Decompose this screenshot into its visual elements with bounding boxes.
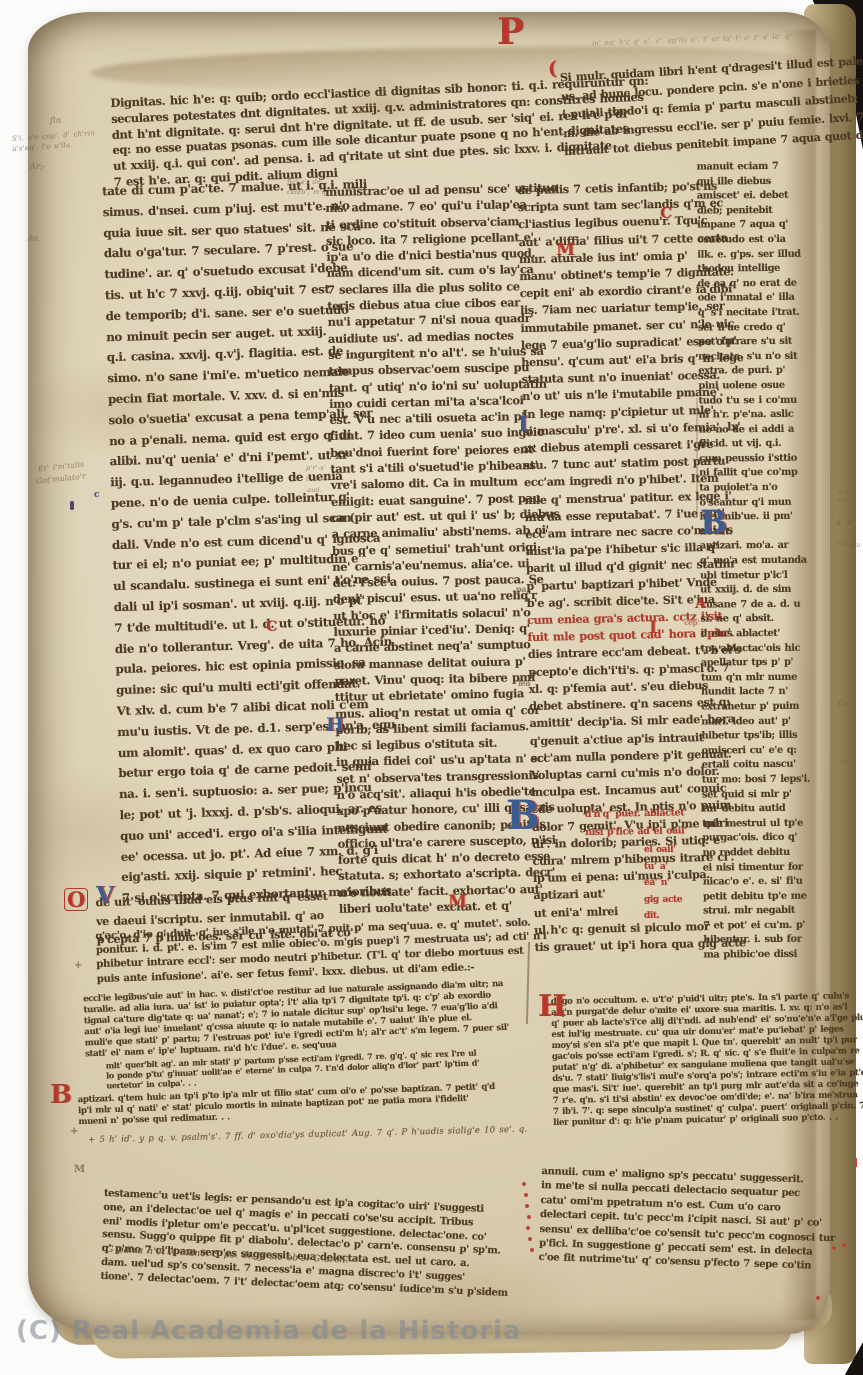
ruling-line <box>696 398 698 518</box>
manuscript-line: purgac'ois. dico q' <box>702 831 826 847</box>
manuscript-line: tur mo: bosi 7 leps'i. <box>702 772 826 788</box>
manuscript-line: ubi timetur p'ic'l <box>700 568 824 584</box>
plus-mark-2: + <box>70 1126 78 1137</box>
rubric-initial-i-red: I <box>649 620 657 637</box>
manuscript-line: osuetudo est o'ia <box>697 232 821 248</box>
manuscript-line: manuit eciam 7 <box>697 159 821 175</box>
manuscript-line: dit. <box>644 908 708 925</box>
rubric-initial-v: V <box>96 884 114 907</box>
manuscript-line: si. ne q' absit. <box>700 612 824 628</box>
manuscript-line: flicid. ut vij. q.i. <box>699 437 823 453</box>
rubric-initial-a: A <box>695 597 706 611</box>
red-gloss-fic-1: fic' e'. de <box>287 178 321 186</box>
catchnote-2: t'-th <box>306 475 320 483</box>
manuscript-line: petit debitu tp'e me <box>703 889 827 905</box>
right-margin-scribble-4: Ar <box>840 758 849 766</box>
rubric-initial-h-large: H <box>538 992 566 1022</box>
right-margin-scribble-2: t'le a'u <box>836 539 861 549</box>
catchword-cep: cep' <box>684 618 699 627</box>
manuscript-line: apellatur tps p' p' <box>701 656 825 672</box>
manuscript-line: dieb; penitebit <box>697 203 821 219</box>
catchword-pa: pa <box>516 584 526 594</box>
manuscript-line: ea' n' <box>644 875 708 892</box>
rubric-initial-c2: C <box>266 620 277 634</box>
margin-letter-c: c <box>94 490 99 500</box>
margin-note-ds: d. s' <box>836 518 853 527</box>
manuscript-line: amiscet' ei. debet <box>697 189 821 205</box>
manuscript-line: strui. mlr negabit <box>703 904 827 920</box>
red-dot <box>842 1243 846 1247</box>
rubric-initial-m2: M <box>448 894 467 911</box>
manuscript-line: mari. ideo aut' p' <box>701 714 825 730</box>
manuscript-line: tum q'n mlr nume <box>701 670 825 686</box>
manuscript-line: hibetur tps'ib; illis <box>701 729 825 745</box>
manuscript-line: no reddet debitu <box>702 845 826 861</box>
text-column-a: tate di cum p'ac'te. 7 malue. ut i. q.i.… <box>102 175 350 909</box>
red-dot <box>832 1246 836 1250</box>
manuscript-line: set quid si mlr p' <box>702 787 826 803</box>
manuscript-line: tpie mestrui ul tp'e <box>702 816 826 832</box>
manuscript-line: ni fallit q'ue co'mp <box>699 466 823 482</box>
manuscript-line: cusane 7 de a. d. u <box>700 597 824 613</box>
manuscript-line: ertali coitu nascu' <box>702 758 826 774</box>
red-gloss-stack: el oail'tu' a'ea' n'gig actedit. <box>644 842 708 925</box>
manuscript-line: nicac'o e'. e. si' fi'u <box>703 875 827 891</box>
manuscript-line: pot' intrare s'u sit <box>698 335 822 351</box>
red-dot <box>816 1296 820 1300</box>
manuscript-line: gig acte <box>644 892 708 909</box>
catchnote-1: p'r'-x' <box>306 464 326 472</box>
manuscript-line: q' s'i necitate i'trat. <box>698 305 822 321</box>
red-gloss-fic-2: celeb'. m'q. <box>287 188 328 196</box>
manuscript-line: ser ii'ue credo q' <box>698 320 822 336</box>
manuscript-line: tudo t'u se i co'mu <box>699 393 823 409</box>
rubric-initial-o: O <box>64 888 88 911</box>
manuscript-line: q' mo'a est mutanda <box>700 553 824 569</box>
rubric-initial-c: C <box>660 206 672 221</box>
text-column-c-red-inline: d'n'q' puer. ablactet'nisi p'fice ad el … <box>585 804 706 842</box>
text-column-d: manuit eciam 7qui ille diebusamiscet' ei… <box>697 159 828 963</box>
manuscript-line: necitate. s'u n'o sit <box>698 349 822 365</box>
manuscript-line: ni h'r. p'e'na. aslic <box>699 408 823 424</box>
manuscript-line: d'n'q' puer. ablactet' <box>585 804 705 824</box>
margin-note-fin: fin <box>50 116 61 125</box>
margin-note-av: Av. <box>28 234 40 243</box>
red-dot-column <box>522 1182 526 1186</box>
manuscript-line: ta puiolet'a n'o <box>699 481 823 497</box>
manuscript-line: ei nisi timentur for <box>703 860 827 876</box>
manuscript-line: thodou intellige <box>697 262 821 278</box>
rubric-initial-b-bapt: B <box>50 1082 72 1108</box>
catchnote-3: aud. <box>307 486 322 494</box>
manuscript-line: ne no de ei addi a <box>699 422 823 438</box>
paraph-mark-si: ( <box>548 60 558 79</box>
manuscript-line: tu' a' <box>644 859 708 876</box>
text-block-annuii: annuii. cum e' maligno sp's peccatu' sug… <box>538 1165 863 1276</box>
margin-note-ar: Ar:- <box>30 162 46 171</box>
manuscript-line: de ea q' no erat de <box>698 276 822 292</box>
manuscript-line: tur debitu autid <box>702 802 826 818</box>
manuscript-line: tps ablactac'ois hic <box>701 641 825 657</box>
decorated-initial-b-cold: B <box>700 506 727 538</box>
manuscript-line: cum peussio i'sttio <box>699 451 823 467</box>
text-block-top-left: Dignitas. hic h'e: q: quib; ordo eccl'ia… <box>110 80 496 191</box>
manuscript-line: extrahetur p' puim <box>701 699 825 715</box>
folio-letter-P: P <box>497 14 524 50</box>
manuscript-line: el oail' <box>644 842 708 859</box>
manuscript-line: d eius ablactet' <box>701 626 825 642</box>
manuscript-line: ilk. e. g'ps. ser illud <box>697 247 821 263</box>
catchword-lea: lea <box>518 678 530 688</box>
archive-watermark: (C) Real Academia de la Historia <box>16 1316 522 1346</box>
purple-ink-spot <box>70 501 74 510</box>
manuscript-line: extra. de puri. p' <box>698 364 822 380</box>
red-dash <box>855 1158 857 1167</box>
manuscript-line: hibentur. i. sub for <box>703 933 827 949</box>
text-block-testamenti: testamenc'u uet'is legis: er pensando'u … <box>100 1187 540 1302</box>
text-block-h-right: dego n'o occultum. e. u't'o' p'uid'i uit… <box>551 991 863 1129</box>
manuscript-line: ma phibic'oe dissi <box>703 948 827 964</box>
margin-letter-m: M <box>74 1164 85 1175</box>
manuscript-line: pini uolene osue <box>698 378 822 394</box>
manuscript-line: omisceri cu' e'e q: <box>702 743 826 759</box>
decorated-initial-b-large: B <box>506 796 540 836</box>
rubric-initial-m: M <box>556 242 575 259</box>
text-block-top-right: Si mulr. quidam libri h'ent q'dragesi't … <box>560 55 827 162</box>
plus-mark-1: + <box>74 960 82 971</box>
right-margin-scribble-3: Do <box>838 700 848 708</box>
manuscript-line: ode i'mnatal e' illa <box>698 291 822 307</box>
rubric-initial-i-blue: I <box>518 413 528 434</box>
manuscript-line: nisi p'fice ad el oail' <box>585 822 705 842</box>
manuscript-line: aptizari. mo'a. ar <box>700 539 824 555</box>
rubric-initial-h-blue: H <box>326 716 344 735</box>
manuscript-line: qui ille diebus <box>697 174 821 190</box>
manuscript-line: hundit lacte 7 n' <box>701 685 825 701</box>
right-margin-scribble-1: n'p' s'o <box>837 487 863 505</box>
text-column-b: munistrac'oe ul ad pensu' sce' ustituoni… <box>325 180 533 917</box>
manuscript-line: 7 et pot' ei cu'm. p' <box>703 918 827 934</box>
manuscript-line: impane 7 aqua q' <box>697 218 821 234</box>
manuscript-line: ut xxiij. d. de sim <box>700 583 824 599</box>
